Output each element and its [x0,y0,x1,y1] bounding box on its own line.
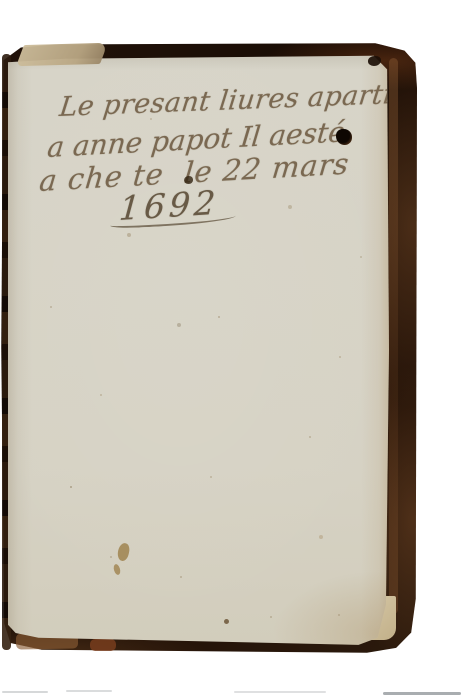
table-shadow-line [2,691,48,693]
book-photo: Le presant liures apartien a anne papot … [0,0,461,700]
handwritten-inscription: Le presant liures apartien a anne papot … [8,54,389,646]
wormhole-small [184,176,193,184]
cover-wear-patch-red [90,639,116,651]
table-shadow-line [234,691,326,693]
inscription-line-1: Le presant liures apartien [58,80,428,121]
paper-spot [224,619,229,624]
paper-repair-patch [16,43,108,66]
flyleaf-page: Le presant liures apartien a anne papot … [8,54,389,646]
leather-fore-edge-sheen [389,58,398,614]
table-shadow-line [66,690,112,692]
wormhole-large [336,129,352,145]
table-shadow-line [383,692,461,695]
